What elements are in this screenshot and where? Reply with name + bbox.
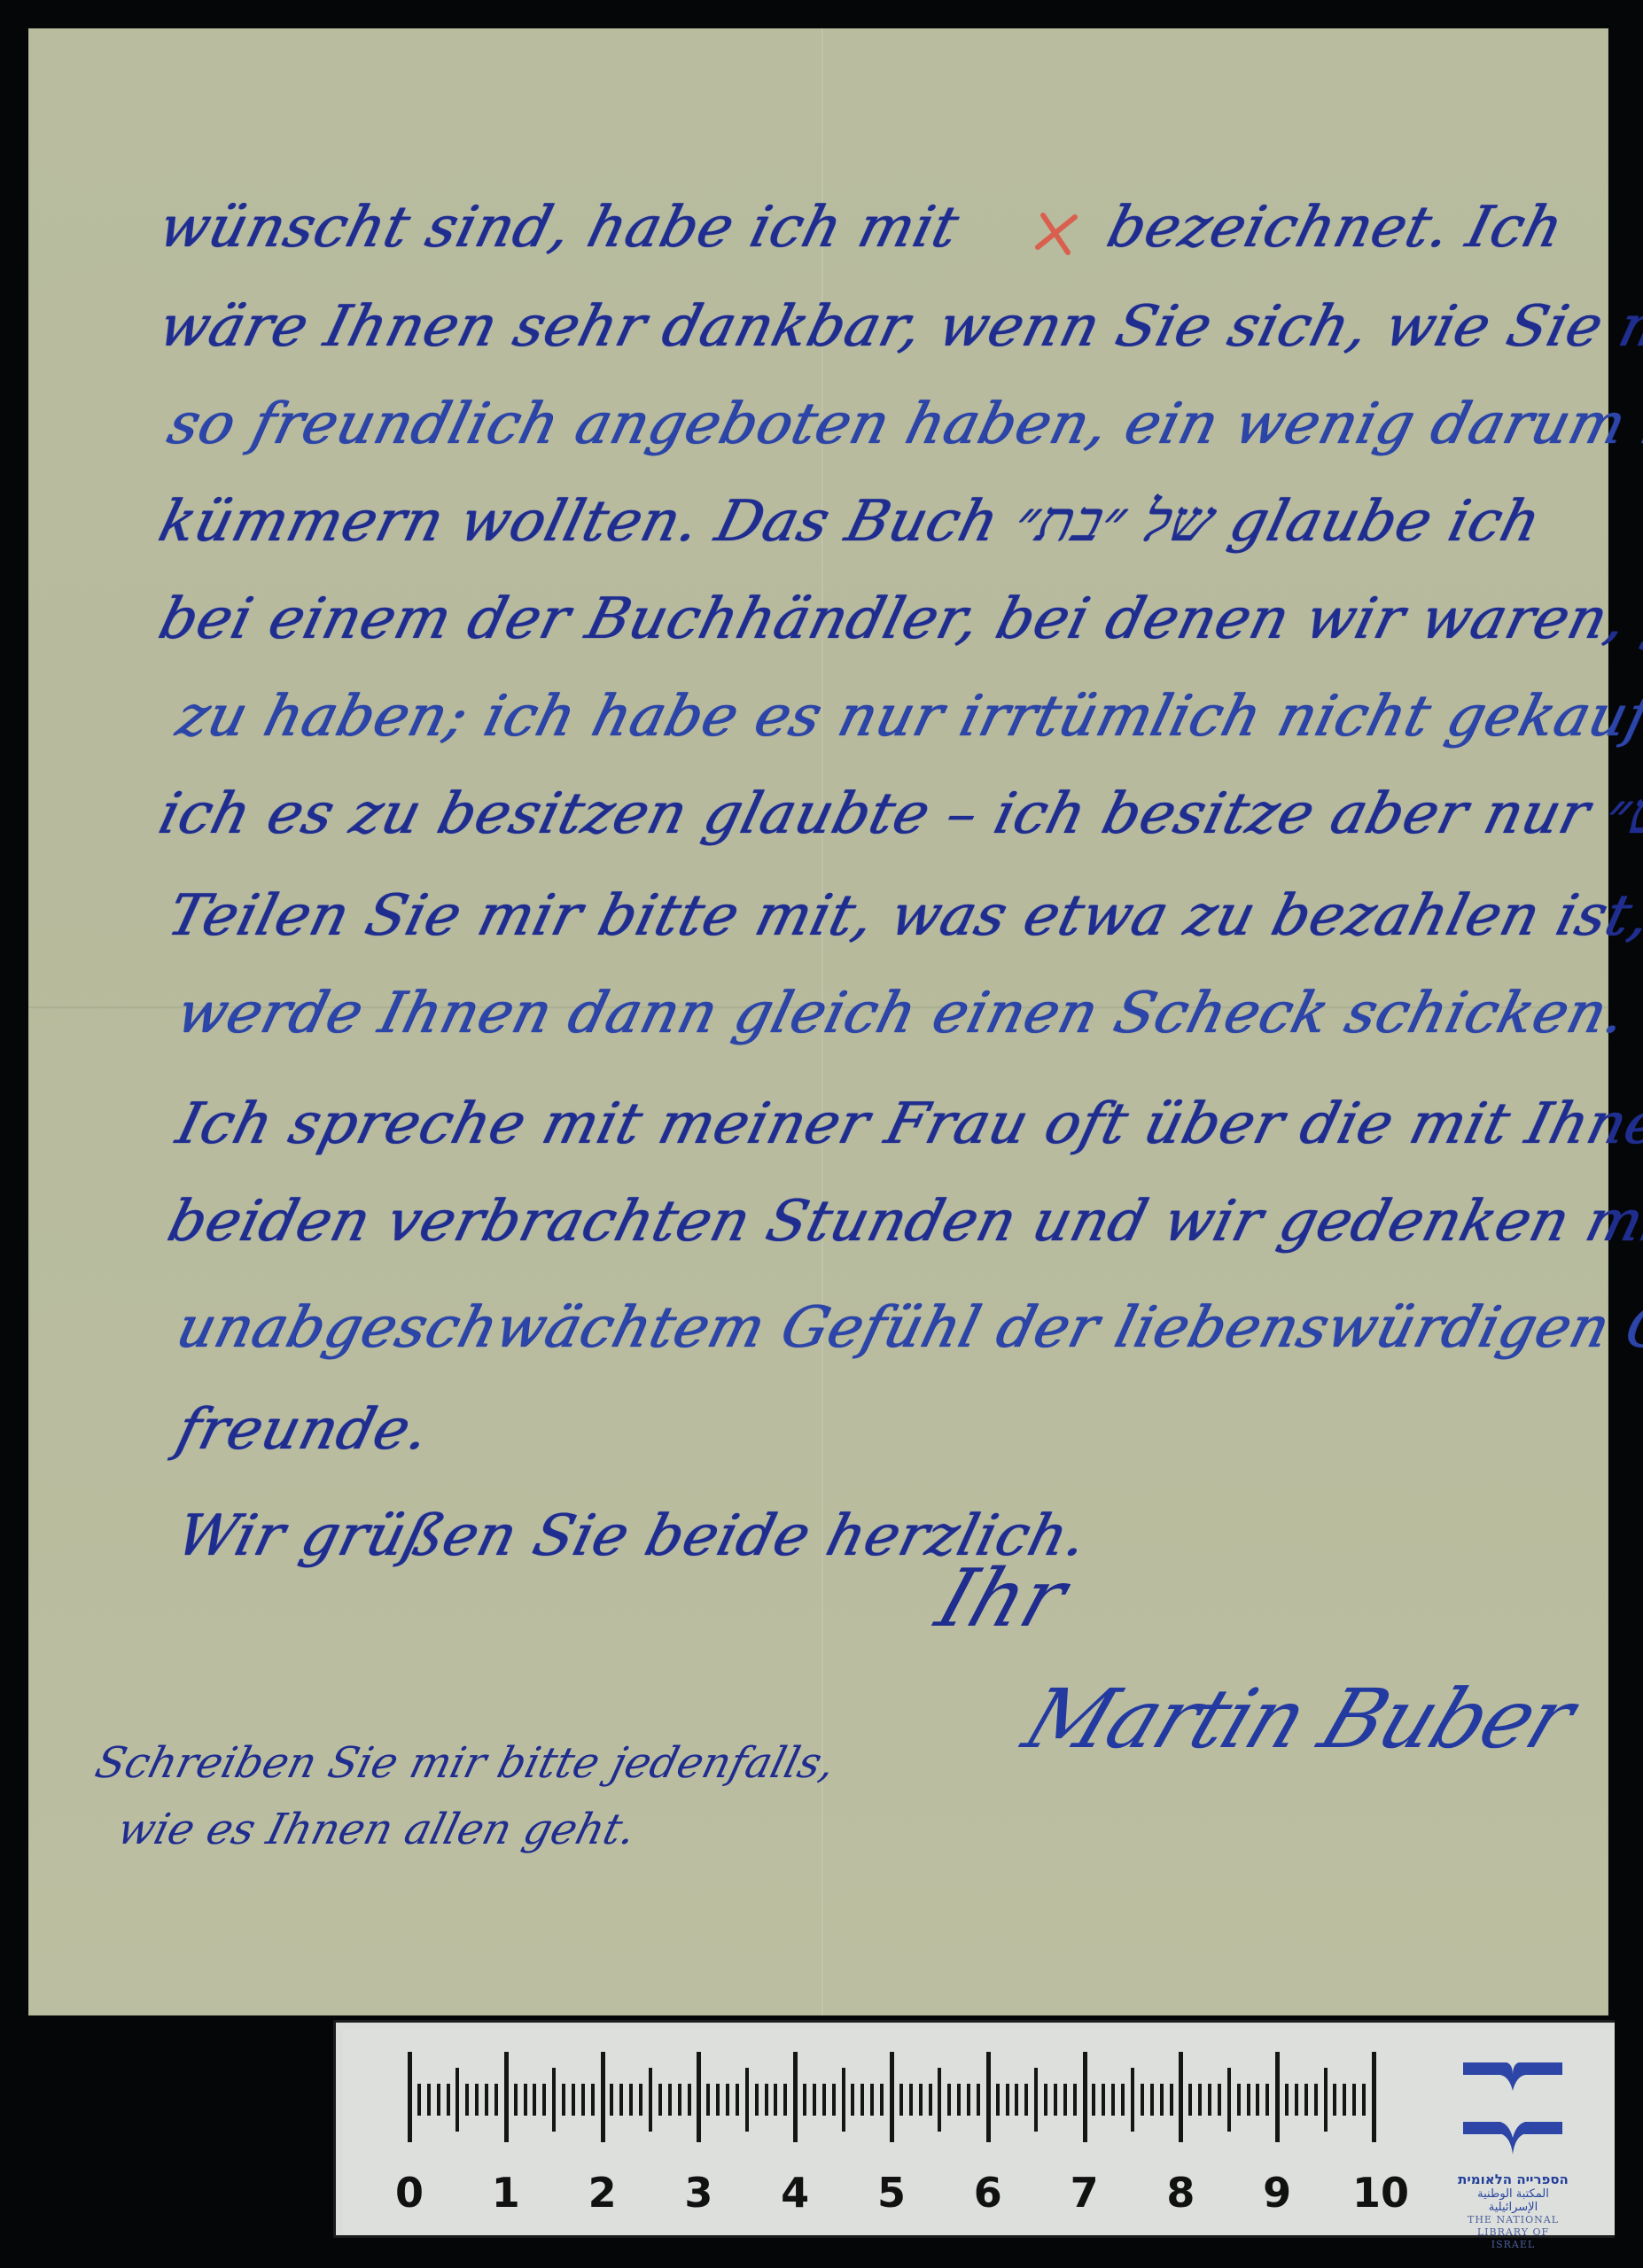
letter-line-11: beiden verbrachten Stunden und wir geden… [161, 1189, 1643, 1254]
ruler-tick [447, 2084, 450, 2116]
ruler-tick [890, 2052, 894, 2142]
ruler-tick [601, 2052, 605, 2142]
ruler-tick [996, 2084, 1000, 2116]
ruler-tick [1324, 2068, 1328, 2132]
ruler-tick [456, 2068, 459, 2132]
ruler-tick [1237, 2084, 1241, 2116]
ruler-tick [967, 2084, 970, 2116]
letter-line-12: unabgeschwächtem Gefühl der liebenswürdi… [170, 1295, 1643, 1361]
letter-line-2: wäre Ihnen sehr dankbar, wenn Sie sich, … [152, 294, 1643, 360]
ruler-tick [726, 2084, 729, 2116]
ruler-tick [1160, 2084, 1164, 2116]
ruler-tick [851, 2084, 854, 2116]
ruler-tick [524, 2084, 527, 2116]
ruler-label: 9 [1250, 2169, 1304, 2217]
ruler-tick [1150, 2084, 1154, 2116]
ruler-tick [658, 2084, 662, 2116]
letter-line-13: freunde. [170, 1397, 436, 1463]
ruler-tick [977, 2084, 980, 2116]
ruler-tick [1314, 2084, 1318, 2116]
ruler-tick [706, 2084, 710, 2116]
ruler-tick [1372, 2052, 1376, 2142]
letter-line-9: werde Ihnen dann gleich einen Scheck sch… [170, 981, 1632, 1046]
ruler-tick [1054, 2084, 1057, 2116]
ruler-tick [1111, 2084, 1115, 2116]
ruler-tick [504, 2052, 509, 2142]
signature: Martin Buber [1012, 1672, 1585, 1767]
ruler-tick [1044, 2084, 1047, 2116]
ruler-tick [1102, 2084, 1105, 2116]
ruler-label: 8 [1154, 2169, 1207, 2217]
ruler-tick [1024, 2084, 1028, 2116]
ruler-tick [793, 2052, 798, 2142]
ruler-tick [919, 2084, 923, 2116]
ruler-tick [1285, 2084, 1289, 2116]
ruler-tick [1198, 2084, 1202, 2116]
ruler-tick [774, 2084, 777, 2116]
letter-line-4: kümmern wollten. Das Buch של ״בת״ glaube… [152, 489, 1547, 555]
ruler-tick [929, 2084, 932, 2116]
ruler-tick [1015, 2084, 1018, 2116]
ruler-tick [649, 2068, 652, 2132]
ruler-tick [619, 2084, 623, 2116]
ruler-tick [572, 2084, 575, 2116]
ruler-tick [494, 2084, 498, 2116]
ruler-tick [485, 2084, 488, 2116]
ruler-tick [1362, 2084, 1366, 2116]
ruler-label: 5 [865, 2169, 918, 2217]
ruler-tick [745, 2068, 749, 2132]
logo-english-2: LIBRARY OF ISRAEL [1458, 2226, 1569, 2251]
ruler-tick [533, 2084, 536, 2116]
ruler-tick [639, 2084, 642, 2116]
ruler-tick [562, 2084, 565, 2116]
ruler-tick [938, 2068, 941, 2132]
ruler-tick [697, 2052, 701, 2142]
ruler-tick [1247, 2084, 1250, 2116]
letter-line-1b: bezeichnet. Ich [1101, 195, 1569, 260]
letter-line-1: wünscht sind, habe ich mit [152, 195, 965, 260]
ruler-tick [1179, 2052, 1183, 2142]
ruler-tick [1295, 2084, 1298, 2116]
ruler-tick [1092, 2084, 1095, 2116]
letter-line-7: ich es zu besitzen glaubte – ich besitze… [152, 781, 1643, 847]
letter-line-8: Teilen Sie mir bitte mit, was etwa zu be… [161, 883, 1643, 949]
letter-paper: wünscht sind, habe ich mit bezeichnet. I… [28, 28, 1608, 2016]
ruler-tick [1208, 2084, 1211, 2116]
ruler-tick [783, 2084, 787, 2116]
logo-english-1: THE NATIONAL [1458, 2214, 1569, 2226]
national-library-logo: הספרייה הלאומית المكتبة الوطنية الإسرائي… [1458, 2047, 1569, 2251]
ruler-tick [957, 2084, 961, 2116]
ruler-tick [880, 2084, 884, 2116]
logo-arabic: المكتبة الوطنية الإسرائيلية [1458, 2187, 1569, 2214]
ruler-tick [1256, 2084, 1259, 2116]
ruler-tick [475, 2084, 479, 2116]
ruler-tick [514, 2084, 518, 2116]
ruler-tick [860, 2084, 864, 2116]
postscript-line-1: Schreiben Sie mir bitte jedenfalls, [90, 1738, 840, 1788]
ruler-tick [668, 2084, 672, 2116]
ruler-tick [1131, 2068, 1134, 2132]
ruler-tick [465, 2084, 469, 2116]
letter-line-5: bei einem der Buchhändler, bei denen wir… [152, 586, 1643, 652]
ruler-label: 3 [672, 2169, 725, 2217]
ruler-tick [842, 2068, 845, 2132]
ruler-label: 0 [383, 2169, 436, 2217]
ruler-tick [1121, 2084, 1125, 2116]
ruler-tick [427, 2084, 431, 2116]
ruler-tick [813, 2084, 816, 2116]
ruler-label: 1 [479, 2169, 533, 2217]
ruler-tick [552, 2068, 556, 2132]
ruler-tick [1265, 2084, 1269, 2116]
ruler-tick [408, 2052, 412, 2142]
ruler-tick [1083, 2052, 1087, 2142]
ruler-tick [1034, 2068, 1038, 2132]
ruler-tick [542, 2084, 546, 2116]
ruler-label: 7 [1058, 2169, 1111, 2217]
ruler-tick [678, 2084, 681, 2116]
ruler-tick [1352, 2084, 1356, 2116]
letter-line-6: zu haben; ich habe es nur irrtümlich nic… [170, 684, 1643, 750]
ruler-tick [437, 2084, 440, 2116]
ruler-tick [755, 2084, 759, 2116]
ruler-tick [1141, 2084, 1144, 2116]
ruler-label: 2 [576, 2169, 629, 2217]
ruler-tick [581, 2084, 585, 2116]
ruler-tick [1304, 2084, 1308, 2116]
ruler-tick [1333, 2084, 1336, 2116]
ruler-tick [591, 2084, 595, 2116]
postscript-line-2: wie es Ihnen allen geht. [113, 1805, 641, 1854]
ruler-tick [803, 2084, 806, 2116]
ruler-tick [736, 2084, 739, 2116]
ruler-tick [947, 2084, 951, 2116]
ruler-label: 4 [768, 2169, 821, 2217]
ruler-tick [765, 2084, 768, 2116]
ruler-label: 6 [962, 2169, 1015, 2217]
ruler-tick [909, 2084, 913, 2116]
ruler-tick [716, 2084, 720, 2116]
library-book-icon [1458, 2047, 1569, 2184]
ruler-tick [1063, 2084, 1067, 2116]
ruler-tick [986, 2052, 991, 2142]
letter-line-10: Ich spreche mit meiner Frau oft über die… [170, 1091, 1643, 1157]
ruler-tick [822, 2084, 826, 2116]
ruler-tick [629, 2084, 633, 2116]
ruler-tick [1188, 2084, 1192, 2116]
ruler-tick [417, 2084, 421, 2116]
ruler-tick [1343, 2084, 1346, 2116]
ruler-tick [870, 2084, 874, 2116]
ruler-tick [688, 2084, 691, 2116]
ruler-tick [1006, 2084, 1009, 2116]
ruler-tick [899, 2084, 903, 2116]
ruler-tick [1275, 2052, 1280, 2142]
ruler-label: 10 [1352, 2169, 1406, 2217]
ruler-tick [610, 2084, 613, 2116]
ruler-tick [1218, 2084, 1221, 2116]
red-x-mark-icon [1032, 208, 1080, 256]
ruler-tick [1170, 2084, 1173, 2116]
ruler-tick [832, 2084, 836, 2116]
ruler-tick [1073, 2084, 1077, 2116]
ruler-tick [1227, 2068, 1231, 2132]
letter-line-3: so freundlich angeboten haben, ein wenig… [161, 392, 1643, 457]
logo-hebrew: הספרייה הלאומית [1458, 2171, 1569, 2187]
